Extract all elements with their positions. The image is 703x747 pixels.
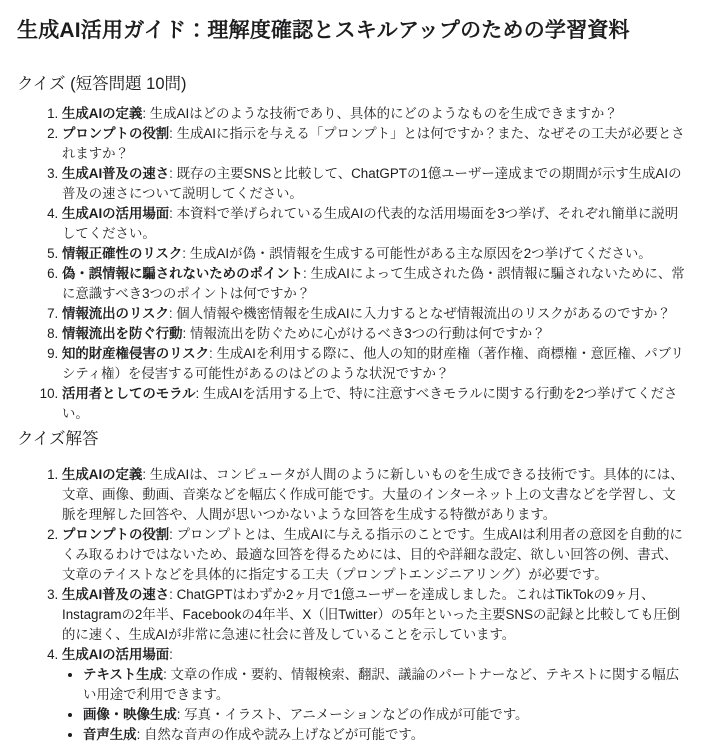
sub-bullet-item: テキスト生成: 文章の作成・要約、情報検索、翻訳、議論のパートナーなど、テキスト… [83, 665, 686, 705]
question-text: : 生成AIはどのような技術であり、具体的にどのようなものを生成できますか？ [142, 106, 617, 121]
term-label: 知的財産権侵害のリスク [62, 346, 209, 361]
quiz-section-heading: クイズ (短答問題 10問) [17, 74, 686, 95]
quiz-item: 生成AIの定義: 生成AIはどのような技術であり、具体的にどのようなものを生成で… [62, 104, 686, 124]
term-label: 生成AIの定義 [62, 467, 142, 482]
quiz-item: 偽・誤情報に騙されないためのポイント: 生成AIによって生成された偽・誤情報に騙… [62, 264, 686, 304]
document-page: 生成AI活用ガイド：理解度確認とスキルアップのための学習資料 クイズ (短答問題… [0, 0, 703, 745]
quiz-item: 活用者としてのモラル: 生成AIを活用する上で、特に注意すべきモラルに関する行動… [62, 384, 686, 424]
term-label: 生成AI普及の速さ [62, 166, 169, 181]
term-label: 生成AIの活用場面 [62, 647, 169, 662]
quiz-list: 生成AIの定義: 生成AIはどのような技術であり、具体的にどのようなものを生成で… [17, 104, 686, 424]
term-label: 情報流出のリスク [62, 306, 169, 321]
answers-section-heading: クイズ解答 [17, 429, 686, 450]
term-label: 画像・映像生成 [83, 707, 177, 722]
answer-item: 生成AIの活用場面: テキスト生成: 文章の作成・要約、情報検索、翻訳、議論のパ… [62, 645, 686, 745]
term-label: 情報流出を防ぐ行動 [62, 326, 183, 341]
page-title: 生成AI活用ガイド：理解度確認とスキルアップのための学習資料 [17, 18, 686, 44]
answer-item: 生成AIの定義: 生成AIは、コンピュータが人間のように新しいものを生成できる技… [62, 465, 686, 525]
sub-bullet-item: 画像・映像生成: 写真・イラスト、アニメーションなどの作成が可能です。 [83, 705, 686, 725]
term-label: 情報正確性のリスク [62, 246, 182, 261]
question-text: : 情報流出を防ぐために心がけるべき3つの行動は何ですか？ [183, 326, 546, 341]
term-label: 音声生成 [83, 727, 137, 742]
quiz-item: 情報正確性のリスク: 生成AIが偽・誤情報を生成する可能性がある主な原因を2つ挙… [62, 244, 686, 264]
question-text: : 個人情報や機密情報を生成AIに入力するとなぜ情報流出のリスクがあるのですか？ [169, 306, 671, 321]
question-text: : 生成AIが偽・誤情報を生成する可能性がある主な原因を2つ挙げてください。 [182, 246, 651, 261]
term-label: 生成AI普及の速さ [62, 587, 169, 602]
term-label: 偽・誤情報に騙されないためのポイント [62, 266, 303, 281]
sub-bullet-text: : 自然な音声の作成や読み上げなどが可能です。 [137, 727, 425, 742]
quiz-item: プロンプトの役割: 生成AIに指示を与える「プロンプト」とは何ですか？また、なぜ… [62, 124, 686, 164]
term-label: プロンプトの役割 [62, 527, 169, 542]
answer-item: 生成AI普及の速さ: ChatGPTはわずか2ヶ月で1億ユーザーを達成しました。… [62, 585, 686, 645]
quiz-item: 情報流出を防ぐ行動: 情報流出を防ぐために心がけるべき3つの行動は何ですか？ [62, 324, 686, 344]
term-label: 生成AIの活用場面 [62, 206, 169, 221]
answer-text: : 生成AIは、コンピュータが人間のように新しいものを生成できる技術です。具体的… [62, 467, 684, 522]
sub-bullet-item: 音声生成: 自然な音声の作成や読み上げなどが可能です。 [83, 725, 686, 745]
answer-text: : [169, 647, 173, 662]
quiz-item: 生成AIの活用場面: 本資料で挙げられている生成AIの代表的な活用場面を3つ挙げ… [62, 204, 686, 244]
sub-bullet-text: : 写真・イラスト、アニメーションなどの作成が可能です。 [177, 707, 529, 722]
quiz-item: 情報流出のリスク: 個人情報や機密情報を生成AIに入力するとなぜ情報流出のリスク… [62, 304, 686, 324]
answer-item: プロンプトの役割: プロンプトとは、生成AIに与える指示のことです。生成AIは利… [62, 525, 686, 585]
quiz-item: 知的財産権侵害のリスク: 生成AIを利用する際に、他人の知的財産権（著作権、商標… [62, 344, 686, 384]
quiz-item: 生成AI普及の速さ: 既存の主要SNSと比較して、ChatGPTの1億ユーザー達… [62, 164, 686, 204]
term-label: 活用者としてのモラル [62, 386, 196, 401]
term-label: 生成AIの定義 [62, 106, 142, 121]
answer-list: 生成AIの定義: 生成AIは、コンピュータが人間のように新しいものを生成できる技… [17, 465, 686, 745]
term-label: テキスト生成 [83, 667, 163, 682]
sub-bullet-text: : 文章の作成・要約、情報検索、翻訳、議論のパートナーなど、テキストに関する幅広… [83, 667, 679, 702]
use-case-sub-list: テキスト生成: 文章の作成・要約、情報検索、翻訳、議論のパートナーなど、テキスト… [62, 665, 686, 745]
term-label: プロンプトの役割 [62, 126, 169, 141]
